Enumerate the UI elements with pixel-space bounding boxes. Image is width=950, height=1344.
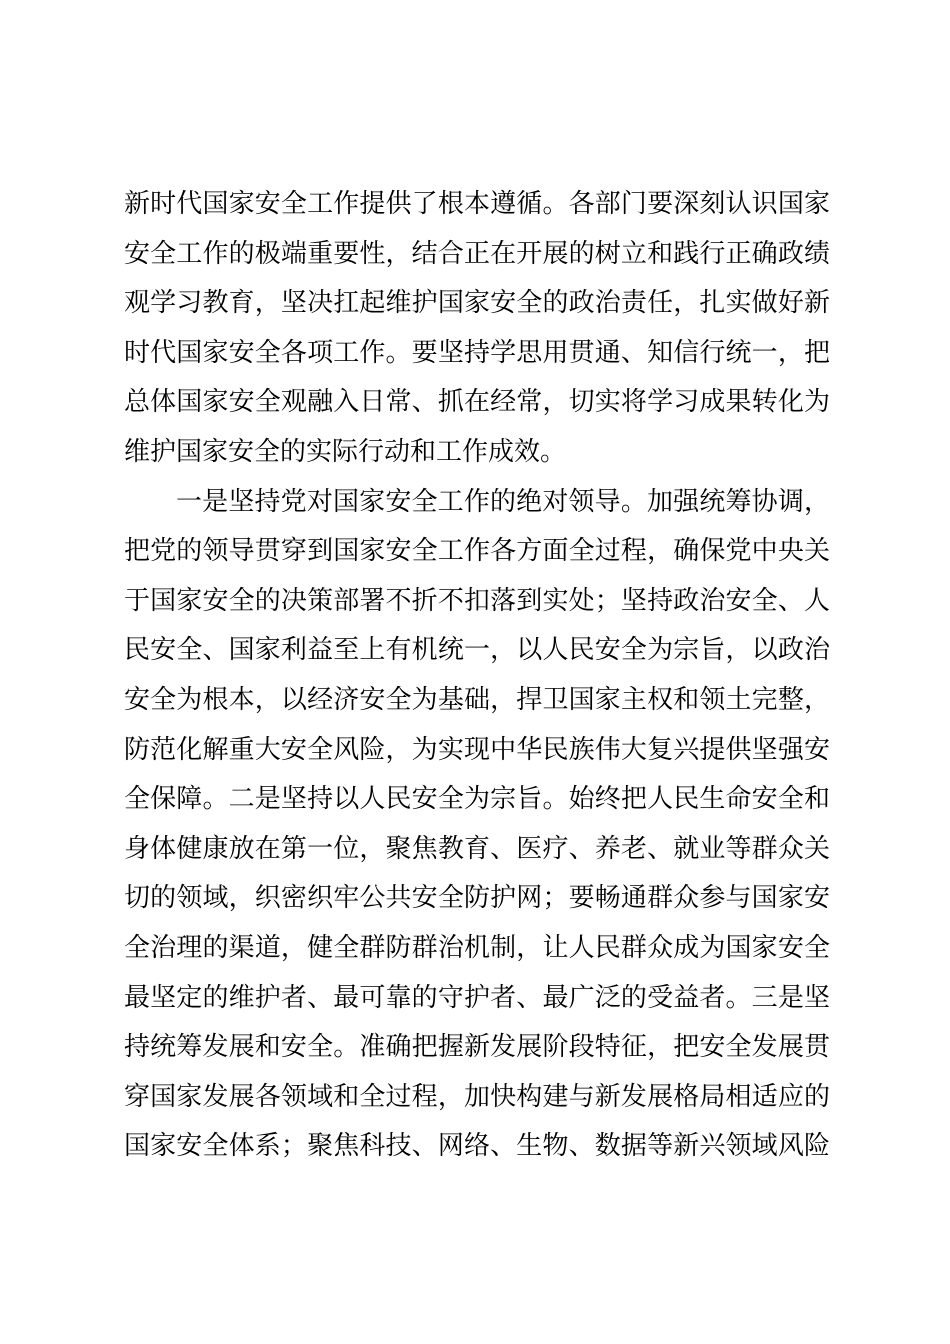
- text-line: 全治理的渠道，健全群防群治机制，让人民群众成为国家安全: [124, 923, 830, 973]
- text-line: 于国家安全的决策部署不折不扣落到实处；坚持政治安全、人: [124, 576, 830, 626]
- text-line: 防范化解重大安全风险，为实现中华民族伟大复兴提供坚强安: [124, 725, 830, 775]
- text-line: 时代国家安全各项工作。要坚持学思用贯通、知信行统一，把: [124, 328, 830, 378]
- body-text: 新时代国家安全工作提供了根本遵循。各部门要深刻认识国家 安全工作的极端重要性，结…: [124, 179, 830, 1171]
- text-line: 国家安全体系；聚焦科技、网络、生物、数据等新兴领域风险: [124, 1121, 830, 1171]
- text-line: 全保障。二是坚持以人民安全为宗旨。始终把人民生命安全和: [124, 774, 830, 824]
- text-line: 维护国家安全的实际行动和工作成效。: [124, 427, 830, 477]
- text-line: 持统筹发展和安全。准确把握新发展阶段特征，把安全发展贯: [124, 1022, 830, 1072]
- text-line: 总体国家安全观融入日常、抓在经常，切实将学习成果转化为: [124, 377, 830, 427]
- text-line: 一是坚持党对国家安全工作的绝对领导。加强统筹协调，: [124, 477, 830, 527]
- text-line: 观学习教育，坚决扛起维护国家安全的政治责任，扎实做好新: [124, 278, 830, 328]
- text-line: 把党的领导贯穿到国家安全工作各方面全过程，确保党中央关: [124, 526, 830, 576]
- text-line: 安全为根本，以经济安全为基础，捍卫国家主权和领土完整，: [124, 675, 830, 725]
- text-line: 切的领域，织密织牢公共安全防护网；要畅通群众参与国家安: [124, 873, 830, 923]
- text-line: 民安全、国家利益至上有机统一，以人民安全为宗旨，以政治: [124, 625, 830, 675]
- text-line: 最坚定的维护者、最可靠的守护者、最广泛的受益者。三是坚: [124, 973, 830, 1023]
- text-line: 新时代国家安全工作提供了根本遵循。各部门要深刻认识国家: [124, 179, 830, 229]
- text-line: 身体健康放在第一位，聚焦教育、医疗、养老、就业等群众关: [124, 824, 830, 874]
- document-page: 新时代国家安全工作提供了根本遵循。各部门要深刻认识国家 安全工作的极端重要性，结…: [0, 0, 950, 1344]
- text-line: 安全工作的极端重要性，结合正在开展的树立和践行正确政绩: [124, 229, 830, 279]
- text-line: 穿国家发展各领域和全过程，加快构建与新发展格局相适应的: [124, 1072, 830, 1122]
